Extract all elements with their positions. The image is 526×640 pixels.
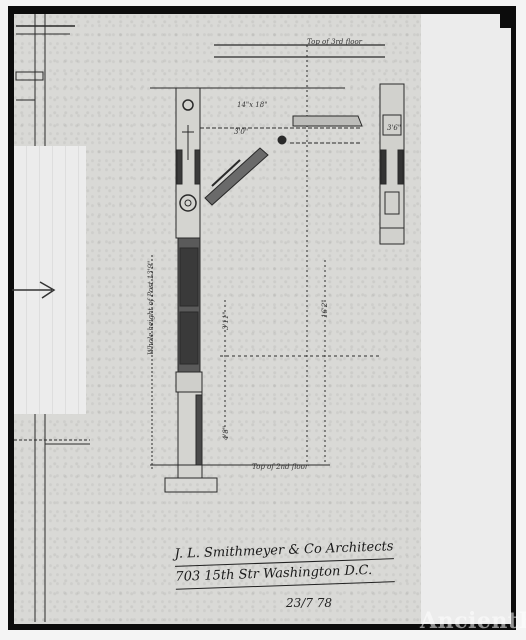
- dim-column-lower: 4'8": [222, 426, 230, 440]
- title-block: J. L. Smithmeyer & Co Architects 703 15t…: [174, 536, 394, 590]
- dim-bracket-offset: 3'0": [234, 128, 248, 136]
- dim-total-height: 16'2": [321, 299, 329, 318]
- dim-side-detail: 3'6": [387, 124, 401, 132]
- dim-whole-height: Whole height of Post 13'9": [147, 261, 155, 355]
- dim-second-floor: Top of 2nd floor: [252, 463, 308, 471]
- dim-top-floor: Top of 3rd floor: [307, 38, 362, 46]
- dim-bracket-width: 14"x 18": [237, 101, 267, 109]
- watermark-text: AncientFaces: [420, 608, 526, 634]
- arrow-marker-icon: [12, 278, 56, 302]
- drawing-date: 23/7 78: [286, 596, 332, 610]
- dim-column-upper: 3'11": [222, 311, 230, 330]
